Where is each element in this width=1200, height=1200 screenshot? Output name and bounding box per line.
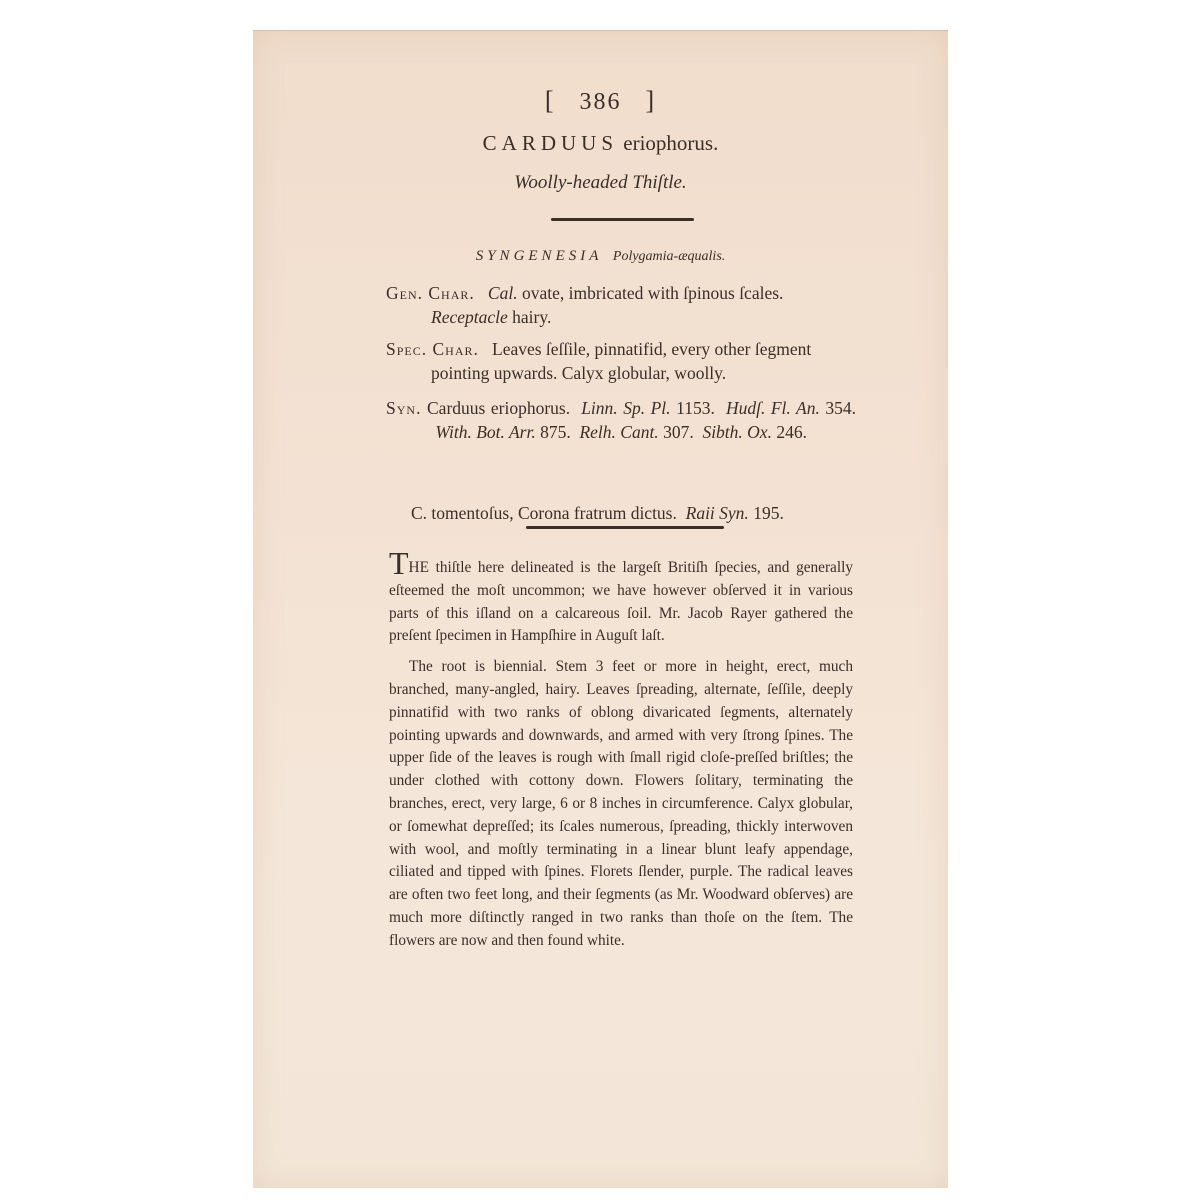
specific-character: Spec. Char. Leaves ſeſſile, pinnatifid, …	[386, 337, 856, 385]
divider-rule-top	[551, 218, 694, 221]
description-paragraph-1: THE thiſtle here delineated is the large…	[389, 553, 853, 648]
spec-char-text: Leaves ſeſſile, pinnatifid, every other …	[431, 339, 811, 383]
gen-char-text-2: hairy.	[508, 307, 552, 327]
synonymy: Syn. Carduus eriophorus. Linn. Sp. Pl. 1…	[386, 396, 856, 444]
drop-cap: T	[389, 545, 409, 581]
page-number-value: 386	[580, 89, 622, 115]
syn-ref-num: 307.	[663, 422, 694, 442]
description-paragraph-2: The root is biennial. Stem 3 feet or mor…	[389, 656, 853, 952]
paragraph-2-text: The root is biennial. Stem 3 feet or mor…	[389, 658, 853, 949]
species-name: eriophorus.	[623, 131, 718, 155]
book-page: [ 386 ] CARDUUS eriophorus. Woolly-heade…	[253, 30, 948, 1188]
generic-character: Gen. Char. Cal. ovate, imbricated with ſ…	[386, 281, 856, 329]
description-body: THE thiſtle here delineated is the large…	[389, 553, 853, 953]
page-title: CARDUUS eriophorus.	[253, 131, 948, 156]
order-name: Polygamia-æqualis.	[613, 249, 725, 264]
class-name: SYNGENESIA	[476, 248, 603, 264]
syn-ref-italic: Linn. Sp. Pl.	[581, 398, 670, 418]
bracket-right: ]	[646, 86, 657, 115]
syn-ref-italic: Sibth. Ox.	[702, 422, 772, 442]
syn-ref-num: 1153.	[676, 398, 715, 418]
synonym-alternate: C. tomentoſus, Corona fratrum dictus. Ra…	[411, 501, 856, 525]
page-number: [ 386 ]	[253, 86, 948, 116]
bracket-left: [	[545, 86, 556, 115]
syn-ref-italic: Relh. Cant.	[579, 422, 658, 442]
syn-ref-italic: Hudſ. Fl. An.	[726, 398, 820, 418]
syn-ref-num: 246.	[776, 422, 807, 442]
gen-char-italic-2: Receptacle	[431, 307, 508, 327]
syn-label: Syn.	[386, 398, 421, 418]
syn-ref-num: 354.	[825, 398, 856, 418]
gen-char-text: ovate, imbricated with ſpinous ſcales.	[518, 283, 784, 303]
common-name: Woolly-headed Thiſtle.	[253, 172, 948, 194]
paragraph-1-text: HE thiſtle here delineated is the largeſ…	[389, 559, 853, 644]
divider-rule-middle	[526, 526, 724, 529]
gen-char-italic: Cal.	[488, 283, 518, 303]
linnaean-classification: SYNGENESIA Polygamia-æqualis.	[253, 248, 948, 265]
syn-ref-italic: With. Bot. Arr.	[435, 422, 535, 442]
spec-char-label: Spec. Char.	[386, 339, 479, 359]
gen-char-label: Gen. Char.	[386, 283, 475, 303]
syn-alt-name: C. tomentoſus, Corona fratrum dictus.	[411, 503, 677, 523]
syn-alt-ref-italic: Raii Syn.	[686, 503, 749, 523]
syn-alt-ref-num: 195.	[753, 503, 784, 523]
genus-name: CARDUUS	[483, 131, 618, 155]
syn-ref-num: 875.	[540, 422, 571, 442]
syn-name: Carduus eriophorus.	[427, 398, 570, 418]
